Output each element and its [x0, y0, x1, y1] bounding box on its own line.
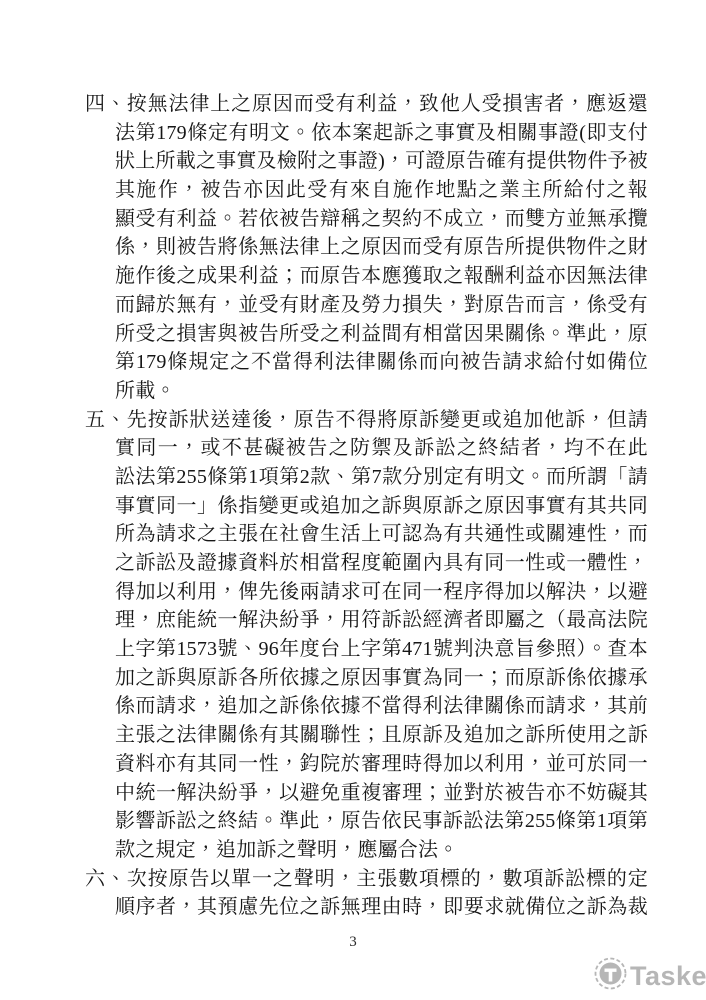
- text-line: 第179條規定之不當得利法律關係而向被告請求給付如備位訴之聲明: [115, 348, 648, 377]
- paragraph-number: 五、: [85, 409, 127, 431]
- text-line: 上字第1573號、96年度台上字第471號判決意旨參照）。查本件原告追: [115, 635, 648, 664]
- text-line: 得加以利用，俾先後兩請求可在同一程序得加以解決，以避免重複審: [115, 578, 648, 607]
- text-line: 中統一解決紛爭，以避免重複審理；並對於被告亦不妨礙其防禦及不: [115, 779, 648, 808]
- text-line: 係，則被告將係無法律上之原因而受有原告所提供物件之財產利益及: [115, 233, 648, 262]
- paragraph-first-line-text: 按無法律上之原因而受有利益，致他人受損害者，應返還其利益，民: [85, 93, 648, 119]
- text-line: 施作後之成果利益；而原告本應獲取之報酬利益亦因無法律上之原因: [115, 262, 648, 291]
- tasker-logo: Tasker: [594, 957, 706, 995]
- text-line: 顯受有利益。若依被告辯稱之契約不成立，而雙方並無承攬之法律關: [115, 205, 648, 234]
- text-line: 法第179條定有明文。依本案起訴之事實及相關事證(即支付命令聲請: [115, 119, 648, 148]
- legal-text-block: 四、按無法律上之原因而受有利益，致他人受損害者，應返還其利益，民法第179條定有…: [85, 90, 648, 922]
- tasker-logo-icon: [594, 957, 627, 995]
- tasker-logo-text: Tasker: [630, 959, 706, 993]
- text-line: 資料亦有其同一性，鈞院於審理時得加以利用，並可於同一訴訟程序: [115, 750, 648, 779]
- text-line: 事實同一」係指變更或追加之訴與原訴之原因事實有其共同性，先後: [115, 492, 648, 521]
- document-page: 四、按無法律上之原因而受有利益，致他人受損害者，應返還其利益，民法第179條定有…: [0, 0, 706, 1000]
- text-line: 款之規定，追加訴之聲明，應屬合法。: [115, 836, 648, 865]
- text-line: 而歸於無有，並受有財產及勞力損失，對原告而言，係受有損害，且: [115, 291, 648, 320]
- text-line: 其施作，被告亦因此受有來自施作地點之業主所給付之報酬，被告明: [115, 176, 648, 205]
- page-number: 3: [0, 934, 706, 951]
- text-line: 訟法第255條第1項第2款、第7款分別定有明文。而所謂「請求之基礎: [115, 463, 648, 492]
- text-line: 之訴訟及證據資料於相當程度範圍內具有同一性或一體性，在審理時: [115, 549, 648, 578]
- paragraph-first-line-text: 先按訴狀送達後，原告不得將原訴變更或追加他訴，但請求之基礎事: [85, 409, 648, 435]
- text-line: 所受之損害與被告所受之利益間有相當因果關係。準此，原告依民法: [115, 320, 648, 349]
- paragraph-first-line-text: 次按原告以單一之聲明，主張數項標的，數項訴訟標的定有先備位之: [85, 868, 648, 894]
- text-line: 係而請求，追加之訴係依據不當得利法律關係而請求，其前後請求所: [115, 692, 648, 721]
- paragraph-number: 四、: [85, 93, 127, 115]
- text-line: 順序者，其預慮先位之訴無理由時，即要求就備位之訴為裁判，法院: [115, 893, 648, 922]
- text-line: 加之訴與原訴各所依據之原因事實為同一；而原訴係依據承攬法律關: [115, 664, 648, 693]
- paragraph-number: 六、: [85, 868, 127, 890]
- text-line: 所載。: [115, 377, 648, 406]
- text-line: 所為請求之主張在社會生活上可認為有共通性或關連性，而就原請求: [115, 520, 648, 549]
- text-line: 五、先按訴狀送達後，原告不得將原訴變更或追加他訴，但請求之基礎事: [85, 406, 648, 435]
- text-line: 四、按無法律上之原因而受有利益，致他人受損害者，應返還其利益，民: [85, 90, 648, 119]
- text-line: 六、次按原告以單一之聲明，主張數項標的，數項訴訟標的定有先備位之: [85, 865, 648, 894]
- text-line: 實同一，或不甚礙被告之防禦及訴訟之終結者，均不在此限，民事訴: [115, 434, 648, 463]
- text-line: 主張之法律關係有其關聯性；且原訴及追加之訴所使用之訴訟及證據: [115, 721, 648, 750]
- text-line: 理，庶能統一解決紛爭，用符訴訟經濟者即屬之（最高法院95年度台: [115, 606, 648, 635]
- text-line: 影響訴訟之終結。準此，原告依民事訴訟法第255條第1項第2款、第7: [115, 807, 648, 836]
- text-line: 狀上所載之事實及檢附之事證)，可證原告確有提供物件予被告並為: [115, 147, 648, 176]
